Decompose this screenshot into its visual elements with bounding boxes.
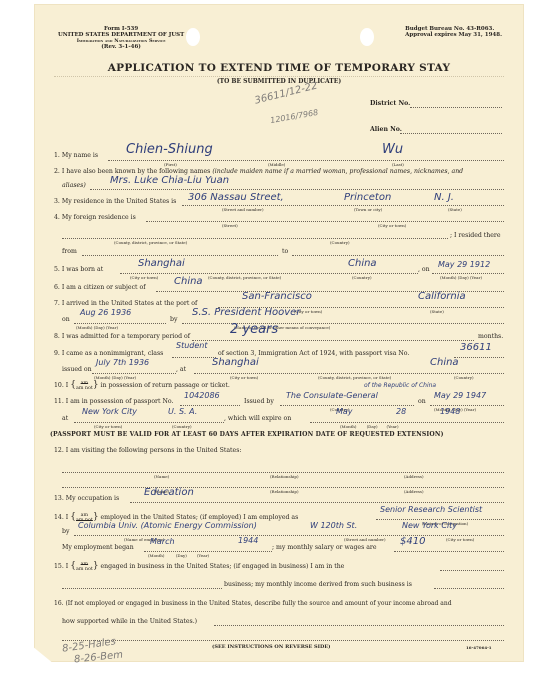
- visa-city-value: Shanghai: [212, 357, 259, 368]
- q14-by: by: [62, 528, 69, 535]
- q9-mid: of section 3, Immigration Act of 1924, w…: [218, 350, 409, 357]
- am-am-not-choice[interactable]: amam not: [76, 562, 93, 572]
- visa-date-field[interactable]: [92, 373, 176, 374]
- to-date-field[interactable]: [292, 255, 504, 256]
- caption: (County, district, province, or State): [208, 275, 281, 280]
- passport-no-field[interactable]: [180, 405, 240, 406]
- salary-value: $410: [400, 536, 425, 547]
- passport-validity-notice: (PASSPORT MUST BE VALID FOR AT LEAST 60 …: [50, 431, 444, 438]
- caption: (State): [430, 309, 444, 314]
- foreign-residence-field[interactable]: [146, 221, 504, 222]
- last-name-value: Wu: [382, 142, 403, 157]
- q14-began-label: My employment began: [62, 544, 134, 551]
- form-page: Form I-539 UNITED STATES DEPARTMENT OF J…: [34, 4, 524, 662]
- caption: (State): [448, 207, 462, 212]
- employer-street: W 120th St.: [310, 521, 357, 530]
- district-field[interactable]: [410, 107, 502, 108]
- employer-city: New York City: [402, 521, 457, 530]
- birth-date: May 29 1912: [438, 260, 490, 269]
- q5-label: 5. I was born at: [54, 266, 103, 273]
- visa-date-value: July 7th 1936: [96, 358, 149, 367]
- caption: (Country): [172, 424, 192, 429]
- salary-field[interactable]: [394, 551, 504, 552]
- caption: (Town or city): [354, 207, 382, 212]
- employment-start-year: 1944: [238, 536, 258, 545]
- q10-label: 10. I {amam not} in possession of return…: [54, 380, 230, 391]
- caption: (First): [164, 162, 177, 167]
- caption: (Relationship): [270, 474, 299, 479]
- employment-start-field[interactable]: [144, 551, 272, 552]
- am-am-not-choice[interactable]: amam not: [76, 381, 93, 391]
- visa-country-value: China: [430, 357, 459, 368]
- approval-expiry: Approval expires May 31, 1948.: [405, 32, 502, 38]
- q13-label: 13. My occupation is: [54, 495, 119, 502]
- caption: (Street): [222, 223, 238, 228]
- birthplace-field[interactable]: [120, 273, 418, 274]
- caption: (County, district, province, or State): [318, 375, 391, 380]
- pencil-annotation: 12016/7968: [270, 108, 319, 125]
- visa-no-value: 36611: [460, 342, 492, 353]
- caption: (Country): [454, 375, 474, 380]
- visa-no-field[interactable]: [454, 357, 504, 358]
- from-date-field[interactable]: [82, 255, 278, 256]
- support-field-2[interactable]: [62, 640, 504, 641]
- vessel-value: S.S. President Hoover: [192, 307, 300, 318]
- citizenship-value: China: [174, 276, 203, 287]
- admission-period-field[interactable]: [192, 340, 474, 341]
- caption: (County, district, province, or State): [114, 240, 187, 245]
- aliases-value: Mrs. Luke Chia-Liu Yuan: [110, 175, 229, 186]
- alien-field[interactable]: [400, 133, 502, 134]
- job-title-value: Senior Research Scientist: [380, 505, 482, 514]
- admission-period-value: 2 years: [230, 322, 278, 337]
- caption: (Month) (Day) (Year): [148, 553, 209, 558]
- q14-salary-label: ; my monthly salary or wages are: [272, 544, 377, 551]
- q7-by: by: [170, 316, 177, 323]
- caption: (Month) (Day) (Year): [340, 424, 399, 429]
- passport-place-field[interactable]: [74, 422, 224, 423]
- caption: (Relationship): [270, 489, 299, 494]
- expiry-month: May: [336, 407, 353, 416]
- caption: (Middle): [268, 162, 285, 167]
- class-value: Student: [176, 341, 208, 350]
- birth-country: China: [348, 258, 377, 269]
- residence-street: 306 Nassau Street,: [188, 192, 284, 203]
- q16-label-2: how supported while in the United States…: [62, 618, 197, 625]
- q11-issued-by: Issued by: [244, 398, 274, 405]
- support-field[interactable]: [214, 625, 504, 626]
- q11-at: at: [62, 415, 68, 422]
- first-name-value: Chien-Shiung: [126, 142, 213, 157]
- q12-label: 12. I am visiting the following persons …: [54, 447, 241, 454]
- passport-expiry-field[interactable]: [310, 422, 504, 423]
- q6-label: 6. I am a citizen or subject of: [54, 284, 146, 291]
- q9-issued-on: issued on: [62, 366, 92, 373]
- us-residence-field[interactable]: [182, 205, 504, 206]
- birth-date-field[interactable]: [432, 273, 504, 274]
- name-field[interactable]: [108, 160, 504, 161]
- q2-label: 2. I have also been known by the followi…: [54, 168, 463, 175]
- visa-place-field[interactable]: [194, 373, 504, 374]
- passport-issue-date-field[interactable]: [430, 405, 504, 406]
- form-header-left: Form I-539 UNITED STATES DEPARTMENT OF J…: [58, 26, 184, 50]
- punch-hole: [186, 28, 200, 46]
- q5-on: , on: [418, 266, 430, 273]
- caption: (Address): [404, 474, 424, 479]
- visiting-persons-field-1[interactable]: [62, 472, 504, 473]
- q2-hint: aliases): [62, 182, 86, 189]
- issued-by-value-2: of the Republic of China: [364, 382, 436, 389]
- employer-value: Columbia Univ. (Atomic Energy Commission…: [78, 521, 257, 530]
- district-label: District No.: [370, 100, 410, 107]
- employer-field[interactable]: [74, 535, 504, 536]
- q15-rest: business; my monthly income derived from…: [224, 581, 412, 588]
- expiry-day: 28: [396, 407, 406, 416]
- arrival-date: Aug 26 1936: [80, 308, 131, 317]
- q9-label: 9. I came as a nonimmigrant, class: [54, 350, 163, 357]
- caption: (Month) (Day) (Year): [76, 325, 118, 330]
- issued-by-field[interactable]: [280, 405, 414, 406]
- occupation-field[interactable]: [130, 502, 504, 503]
- form-title: APPLICATION TO EXTEND TIME OF TEMPORARY …: [34, 62, 524, 74]
- class-field[interactable]: [172, 357, 216, 358]
- q11-label: 11. I am in possession of passport No.: [54, 398, 173, 405]
- business-type-field[interactable]: [440, 570, 504, 571]
- passport-no-value: 1042086: [184, 391, 220, 400]
- q4-label: 4. My foreign residence is: [54, 214, 136, 221]
- passport-city: New York City: [82, 407, 137, 416]
- q4-resided: ; I resided there: [450, 232, 501, 239]
- revision: (Rev. 3-1-46): [58, 44, 184, 50]
- passport-issue-date: May 29 1947: [434, 391, 486, 400]
- business-income-field[interactable]: [434, 588, 504, 589]
- caption: (Month) (Day) (Year): [440, 275, 482, 280]
- issued-by-value: The Consulate-General: [286, 391, 378, 400]
- alien-label: Alien No.: [370, 126, 402, 133]
- caption: (City or town): [446, 537, 474, 542]
- q3-label: 3. My residence in the United States is: [54, 198, 176, 205]
- q11-on: on: [418, 398, 426, 405]
- punch-hole: [360, 28, 374, 46]
- job-title-field[interactable]: [376, 519, 504, 520]
- reverse-side-instructions: (SEE INSTRUCTIONS ON REVERSE SIDE): [212, 644, 331, 650]
- aliases-field[interactable]: [90, 189, 504, 190]
- arrival-date-field[interactable]: [74, 323, 166, 324]
- caption: (Address): [404, 489, 424, 494]
- arrival-city: San-Francisco: [242, 291, 312, 302]
- q7-label: 7. I arrived in the United States at the…: [54, 300, 197, 307]
- q4-to: to: [282, 248, 288, 255]
- q7-on: on: [62, 316, 70, 323]
- caption: (Country): [330, 240, 350, 245]
- birth-city: Shanghai: [138, 258, 185, 269]
- q16-label: 16. (If not employed or engaged in busin…: [54, 600, 452, 607]
- q1-label: 1. My name is: [54, 152, 98, 159]
- q15-label: 15. I {amam not} engaged in business in …: [54, 561, 344, 572]
- occupation-value: Education: [144, 487, 194, 498]
- arrival-state: California: [418, 291, 466, 302]
- caption: (Street and number): [222, 207, 264, 212]
- residence-state: N. J.: [434, 192, 454, 203]
- caption: (City or town): [230, 375, 258, 380]
- employment-start-month: March: [150, 537, 175, 546]
- form-code: 16-47064-1: [466, 645, 492, 650]
- residence-city: Princeton: [344, 192, 391, 203]
- caption: (City or town): [94, 424, 122, 429]
- caption: (City or town): [130, 275, 158, 280]
- caption: (Street and number): [344, 537, 386, 542]
- caption: (Name): [154, 474, 169, 479]
- q9-at: , at: [176, 366, 186, 373]
- passport-country: U. S. A.: [168, 407, 197, 416]
- caption: (Country): [352, 275, 372, 280]
- divider: [54, 76, 504, 77]
- visiting-persons-field-2[interactable]: [62, 487, 504, 488]
- caption: (City or town): [378, 223, 406, 228]
- foreign-residence-field-2[interactable]: [62, 238, 448, 239]
- caption: (Last): [392, 162, 404, 167]
- q11-expire-label: , which will expire on: [224, 415, 291, 422]
- business-type-field-2[interactable]: [62, 588, 222, 589]
- form-header-right: Budget Bureau No. 43-R063. Approval expi…: [405, 26, 502, 38]
- form-subtitle: (TO BE SUBMITTED IN DUPLICATE): [34, 78, 524, 85]
- q8-unit: months.: [478, 333, 503, 340]
- q8-label: 8. I was admitted for a temporary period…: [54, 333, 190, 340]
- expiry-year: 1948: [440, 407, 460, 416]
- q4-from: from: [62, 248, 77, 255]
